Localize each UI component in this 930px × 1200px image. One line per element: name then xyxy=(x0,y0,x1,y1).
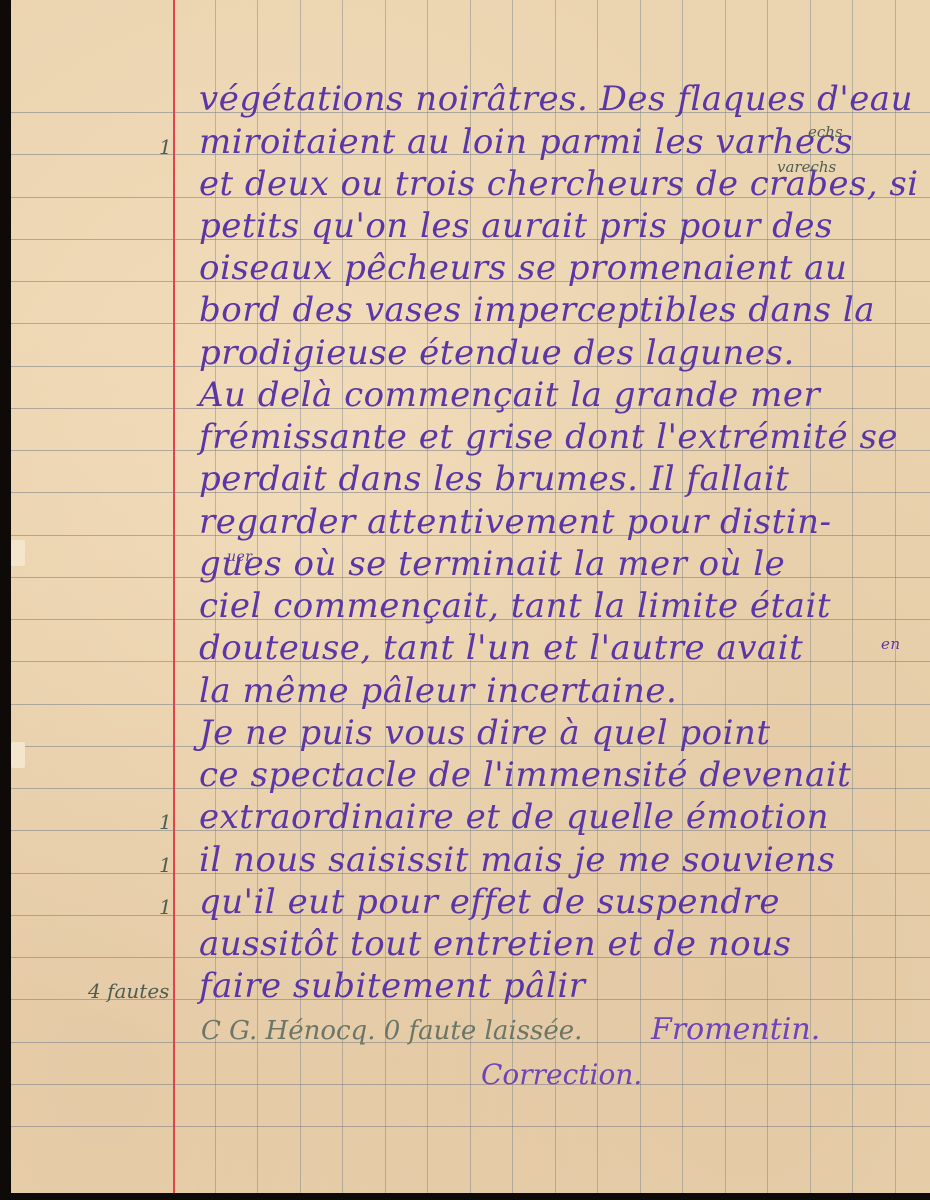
margin-error-count: 1 xyxy=(159,897,172,917)
text-line: faire subitement pâlir xyxy=(199,969,585,1003)
page-edge-tear xyxy=(11,742,25,768)
grader-signature: C G. Hénocq. 0 faute laissée. xyxy=(201,1018,582,1044)
text-line: ce spectacle de l'immensité devenait xyxy=(199,758,851,792)
text-line: la même pâleur incertaine. xyxy=(199,674,677,708)
author-attribution: Fromentin. xyxy=(651,1015,820,1045)
interlinear-correction: uer xyxy=(227,550,253,564)
text-line: végétations noirâtres. Des flaques d'eau xyxy=(199,82,913,116)
text-line: frémissante et grise dont l'extrémité se xyxy=(199,420,898,454)
text-line: aussitôt tout entretien et de nous xyxy=(199,927,791,961)
text-line: gues où se terminait la mer où le xyxy=(199,547,785,581)
correction-heading: Correction. xyxy=(481,1061,642,1089)
text-line: prodigieuse étendue des lagunes. xyxy=(199,336,795,370)
interlinear-correction: varechs xyxy=(777,160,836,175)
text-line: Au delà commençait la grande mer xyxy=(199,378,820,412)
text-line: oiseaux pêcheurs se promenaient au xyxy=(199,251,847,285)
text-line: extraordinaire et de quelle émotion xyxy=(199,800,829,834)
text-line: regarder attentivement pour distin- xyxy=(199,505,832,539)
text-line: perdait dans les brumes. Il fallait xyxy=(199,462,789,496)
text-line: miroitaient au loin parmi les varhecs xyxy=(199,125,853,159)
margin-error-count: 1 xyxy=(159,855,172,875)
text-line: Je ne puis vous dire à quel point xyxy=(199,716,771,750)
text-line: il nous saisissit mais je me souviens xyxy=(199,843,835,877)
interlinear-correction: echs xyxy=(808,125,843,140)
page-edge-tear xyxy=(11,540,25,566)
text-line: bord des vases imperceptibles dans la xyxy=(199,293,875,327)
interlinear-correction: en xyxy=(881,637,901,652)
text-line: douteuse, tant l'un et l'autre avait xyxy=(199,631,803,665)
margin-error-count: 1 xyxy=(159,137,172,157)
text-line: ciel commençait, tant la limite était xyxy=(199,589,831,623)
text-line: petits qu'on les aurait pris pour des xyxy=(199,209,833,243)
margin-error-count: 1 xyxy=(159,812,172,832)
margin-line xyxy=(173,0,175,1193)
text-line: qu'il eut pour effet de suspendre xyxy=(199,885,780,919)
total-errors-note: 4 fautes xyxy=(88,981,169,1001)
notebook-page: végétations noirâtres. Des flaques d'eau… xyxy=(11,0,930,1193)
